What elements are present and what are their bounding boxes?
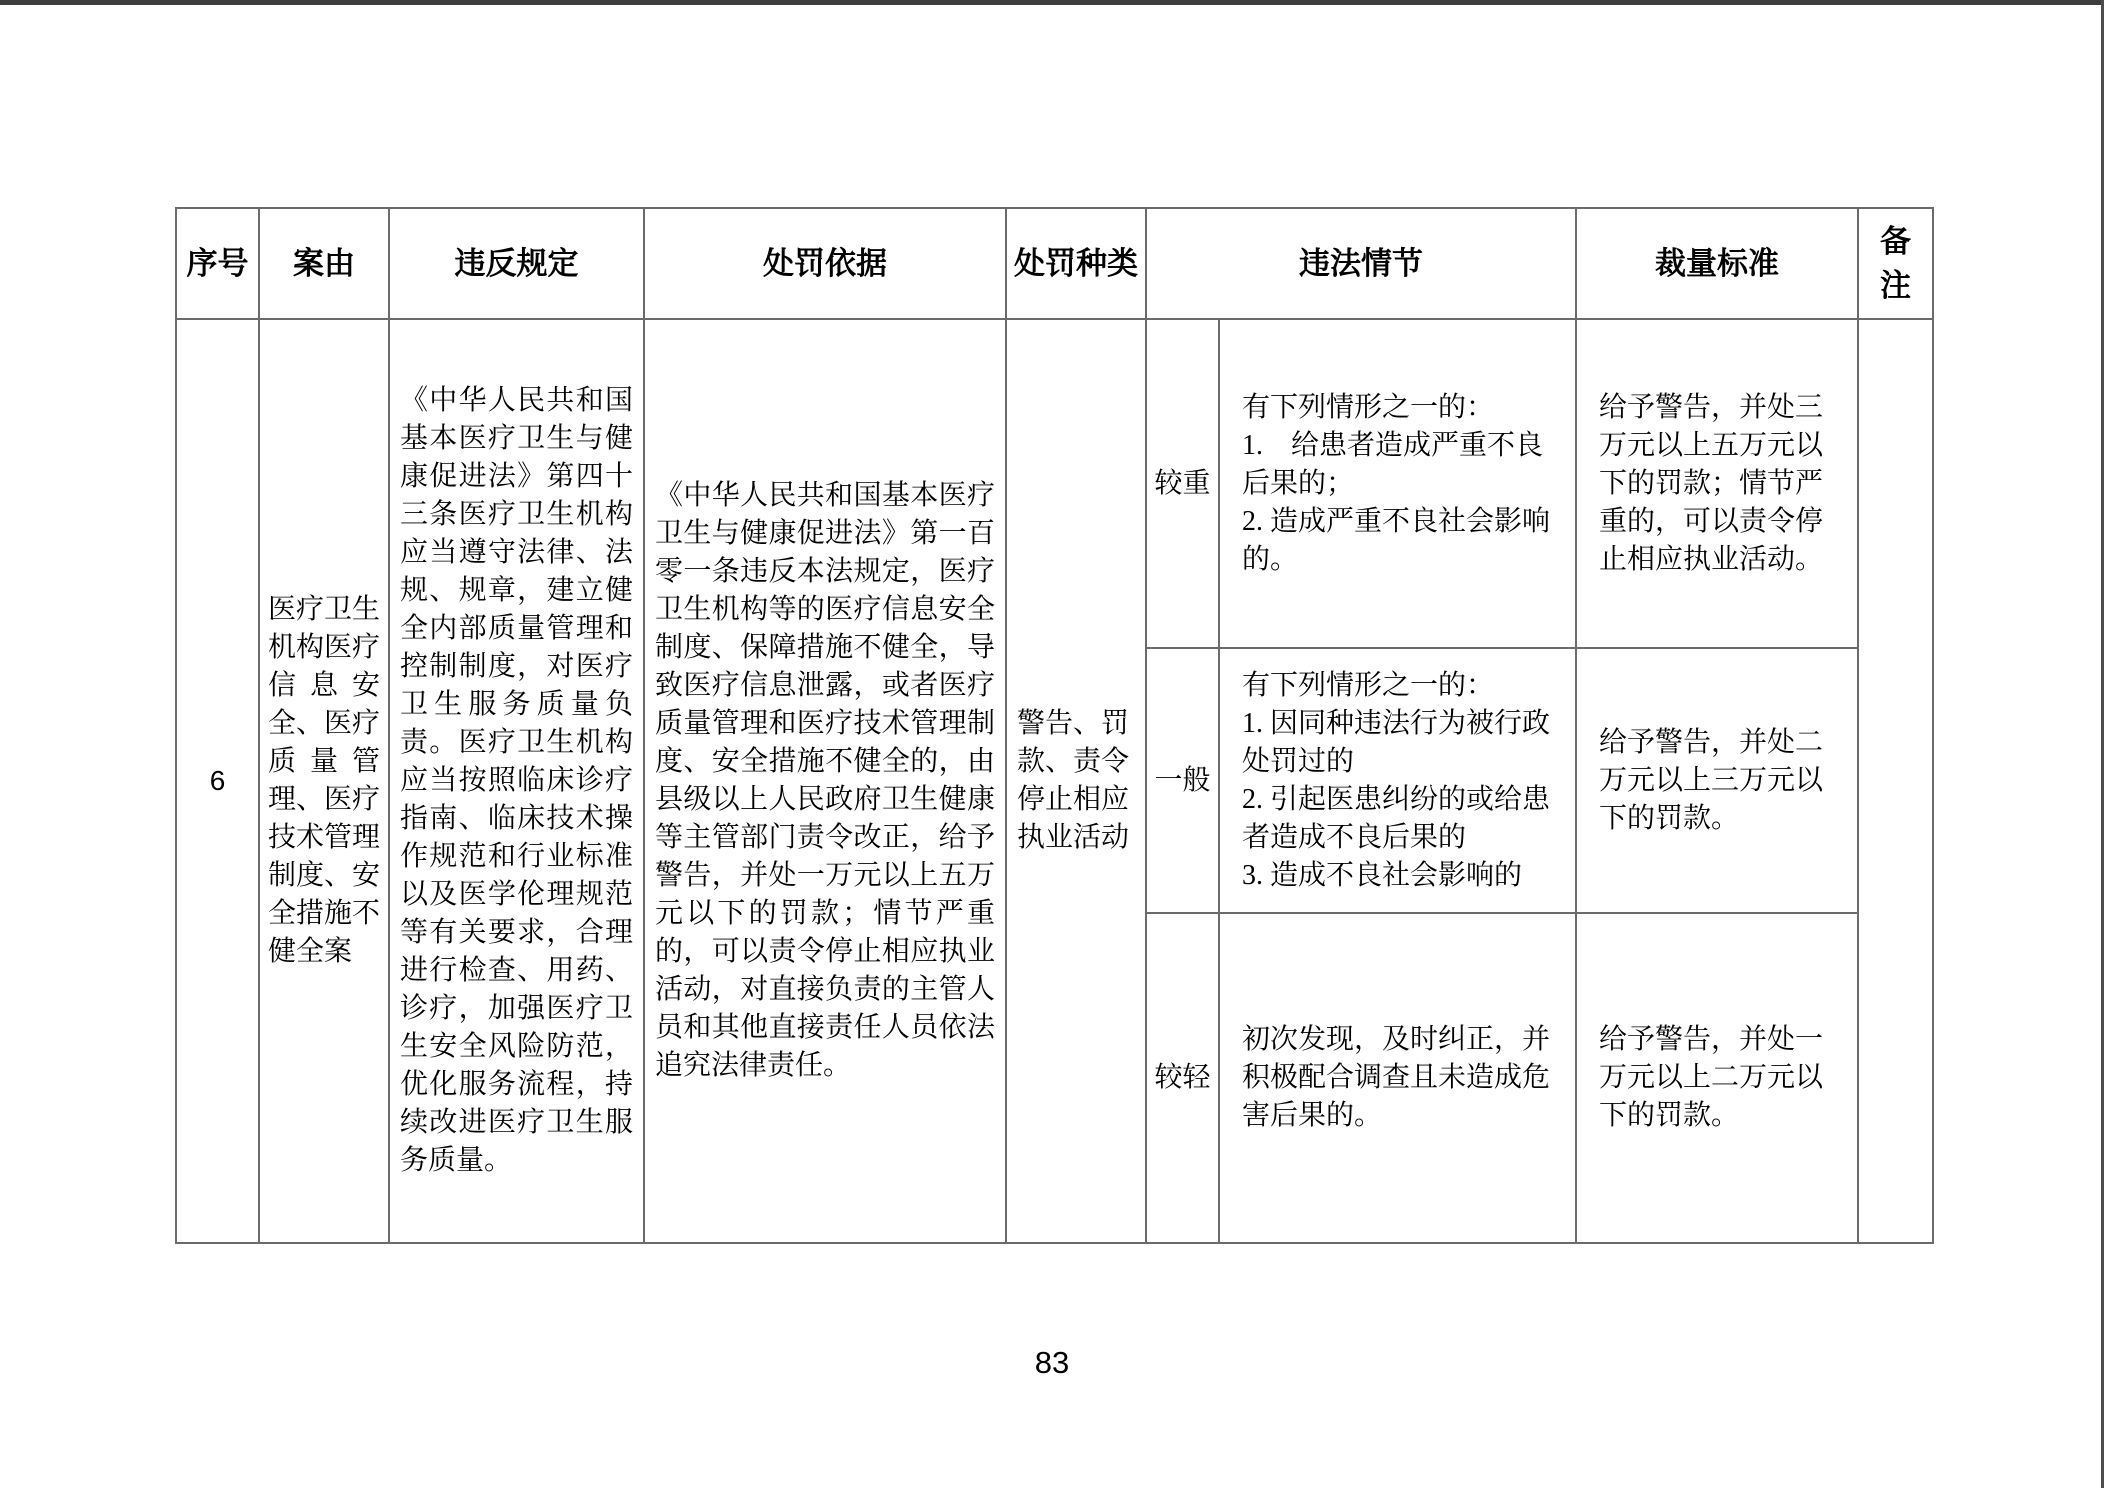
- header-seq: 序号: [176, 208, 259, 319]
- table-header-row: 序号 案由 违反规定 处罚依据 处罚种类 违法情节 裁量标准 备注: [176, 208, 1933, 319]
- cell-basis: 《中华人民共和国基本医疗卫生与健康促进法》第一百零一条违反本法规定，医疗卫生机构…: [644, 319, 1006, 1243]
- cell-violation: 《中华人民共和国基本医疗卫生与健康促进法》第四十三条医疗卫生机构应当遵守法律、法…: [389, 319, 644, 1243]
- cell-standard-1: 给予警告，并处三万元以上五万元以下的罚款；情节严重的，可以责令停止相应执业活动。: [1576, 319, 1858, 648]
- cell-cause: 医疗卫生机构医疗信息安全、医疗质量管理、医疗技术管理制度、安全措施不健全案: [259, 319, 389, 1243]
- cell-circumstance-3: 初次发现，及时纠正，并积极配合调查且未造成危害后果的。: [1219, 913, 1576, 1243]
- cell-severity-1: 较重: [1146, 319, 1219, 648]
- header-standard: 裁量标准: [1576, 208, 1858, 319]
- header-penalty-type: 处罚种类: [1006, 208, 1146, 319]
- cell-severity-3: 较轻: [1146, 913, 1219, 1243]
- header-basis: 处罚依据: [644, 208, 1006, 319]
- header-remark: 备注: [1858, 208, 1933, 319]
- cell-circumstance-1: 有下列情形之一的： 1. 给患者造成严重不良后果的； 2. 造成严重不良社会影响…: [1219, 319, 1576, 648]
- cell-penalty-type: 警告、罚款、责令停止相应执业活动: [1006, 319, 1146, 1243]
- header-circumstances: 违法情节: [1146, 208, 1576, 319]
- cell-remark: [1858, 319, 1933, 1243]
- penalty-standards-table: 序号 案由 违反规定 处罚依据 处罚种类 违法情节 裁量标准 备注 6 医疗卫生…: [175, 207, 1934, 1244]
- page-number: 83: [0, 1345, 2104, 1381]
- cell-circumstance-2: 有下列情形之一的： 1. 因同种违法行为被行政处罚过的 2. 引起医患纠纷的或给…: [1219, 648, 1576, 913]
- header-violation: 违反规定: [389, 208, 644, 319]
- cell-standard-2: 给予警告，并处二万元以上三万元以下的罚款。: [1576, 648, 1858, 913]
- table-row-severe: 6 医疗卫生机构医疗信息安全、医疗质量管理、医疗技术管理制度、安全措施不健全案 …: [176, 319, 1933, 648]
- header-cause: 案由: [259, 208, 389, 319]
- cell-severity-2: 一般: [1146, 648, 1219, 913]
- window-top-edge: [0, 0, 2104, 5]
- cell-standard-3: 给予警告，并处一万元以上二万元以下的罚款。: [1576, 913, 1858, 1243]
- cell-seq: 6: [176, 319, 259, 1243]
